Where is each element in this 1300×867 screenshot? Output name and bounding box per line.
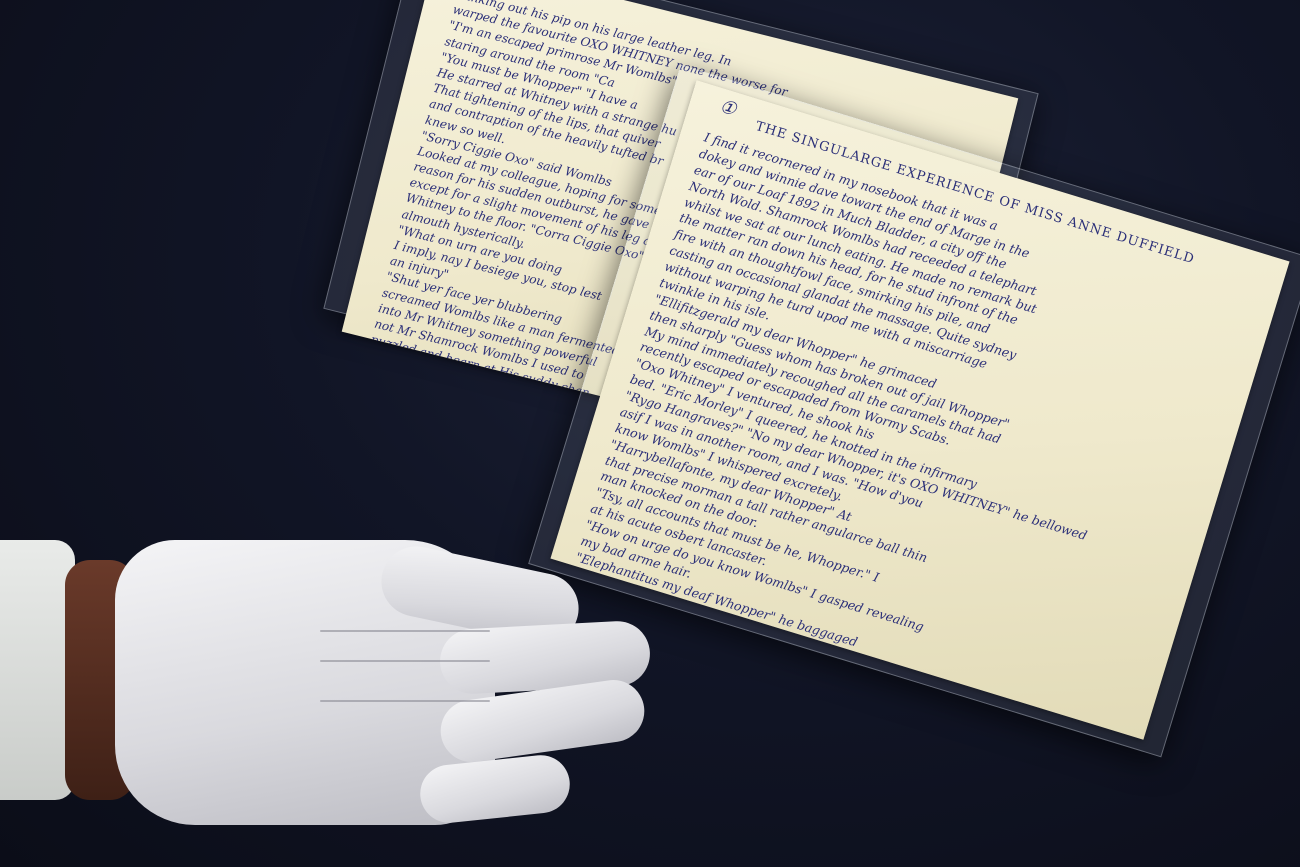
- glove-seam: [320, 660, 490, 662]
- shirt-cuff: [0, 540, 75, 800]
- glove-seam: [320, 630, 490, 632]
- photo-scene: ② banking out his pip on his large leath…: [0, 0, 1300, 867]
- front-page-number: ①: [716, 95, 739, 123]
- glove-seam: [320, 700, 490, 702]
